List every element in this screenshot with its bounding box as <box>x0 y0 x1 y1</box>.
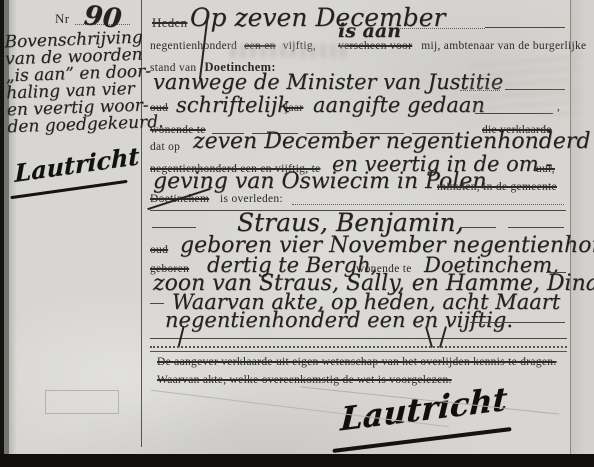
margin-annotation: Bovenschrijving van de woorden „is aan” … <box>4 30 145 137</box>
bleedthrough-smudge <box>470 55 580 115</box>
printed-dat-op: dat op <box>150 141 180 153</box>
name-leading-dash <box>152 227 196 228</box>
printed-heden-struck: Heden <box>152 15 187 31</box>
margin-note-line: den goedgekeurd. <box>7 115 146 137</box>
printed-oud-struck: oud <box>150 102 168 114</box>
faint-stamp-box <box>45 390 119 414</box>
name-trailing-dash <box>460 227 496 228</box>
printed-footer-clause-struck: De aangever verklaarde uit eigen wetensc… <box>157 356 557 368</box>
line16-rule <box>470 322 565 323</box>
bleedthrough-smudge <box>230 44 350 58</box>
name-trailing-dash <box>508 227 564 228</box>
hw-insert-is-aan: is aan <box>338 20 401 42</box>
printed-jaar-struck: jaar <box>285 102 303 114</box>
hw-aangifte-gedaan: aangifte gedaan <box>313 93 485 117</box>
death-certificate-page: Nr 90 Bovenschrijving van de woorden „is… <box>0 0 594 467</box>
printed-minuten-struck: minuten, in de gemeente <box>437 181 557 193</box>
printed-oud-struck: oud <box>150 244 168 256</box>
printed-uur-struck: uur, <box>536 163 555 175</box>
margin-nr: Nr <box>55 10 69 28</box>
closing-rule <box>150 338 567 339</box>
closing-double-dotted-rule <box>150 346 567 352</box>
line1-dotted <box>395 28 485 29</box>
printed-footer-clause-struck: Waarvan akte, welke overeenkomstig de we… <box>157 374 452 386</box>
line10-dotted <box>292 204 564 205</box>
printed-is-overleden: is overleden: <box>220 193 283 205</box>
printed-text: mij, ambtenaar van de burgerlijke <box>421 40 586 52</box>
printed-text: negentienhonderd <box>150 40 237 52</box>
nr-label: Nr <box>55 11 69 26</box>
hw-akte-year: negentienhonderd een en vijftig. <box>165 308 513 332</box>
bottom-scan-edge <box>0 454 594 467</box>
hw-death-date: zeven December negentienhonderd twee <box>193 129 594 154</box>
line15-dash <box>150 303 164 304</box>
line1-rule <box>485 27 565 28</box>
hw-schriftelijk: schriftelijk <box>176 93 290 117</box>
hw-vanwege-minister: vanwege de Minister van Justitie <box>153 70 503 94</box>
